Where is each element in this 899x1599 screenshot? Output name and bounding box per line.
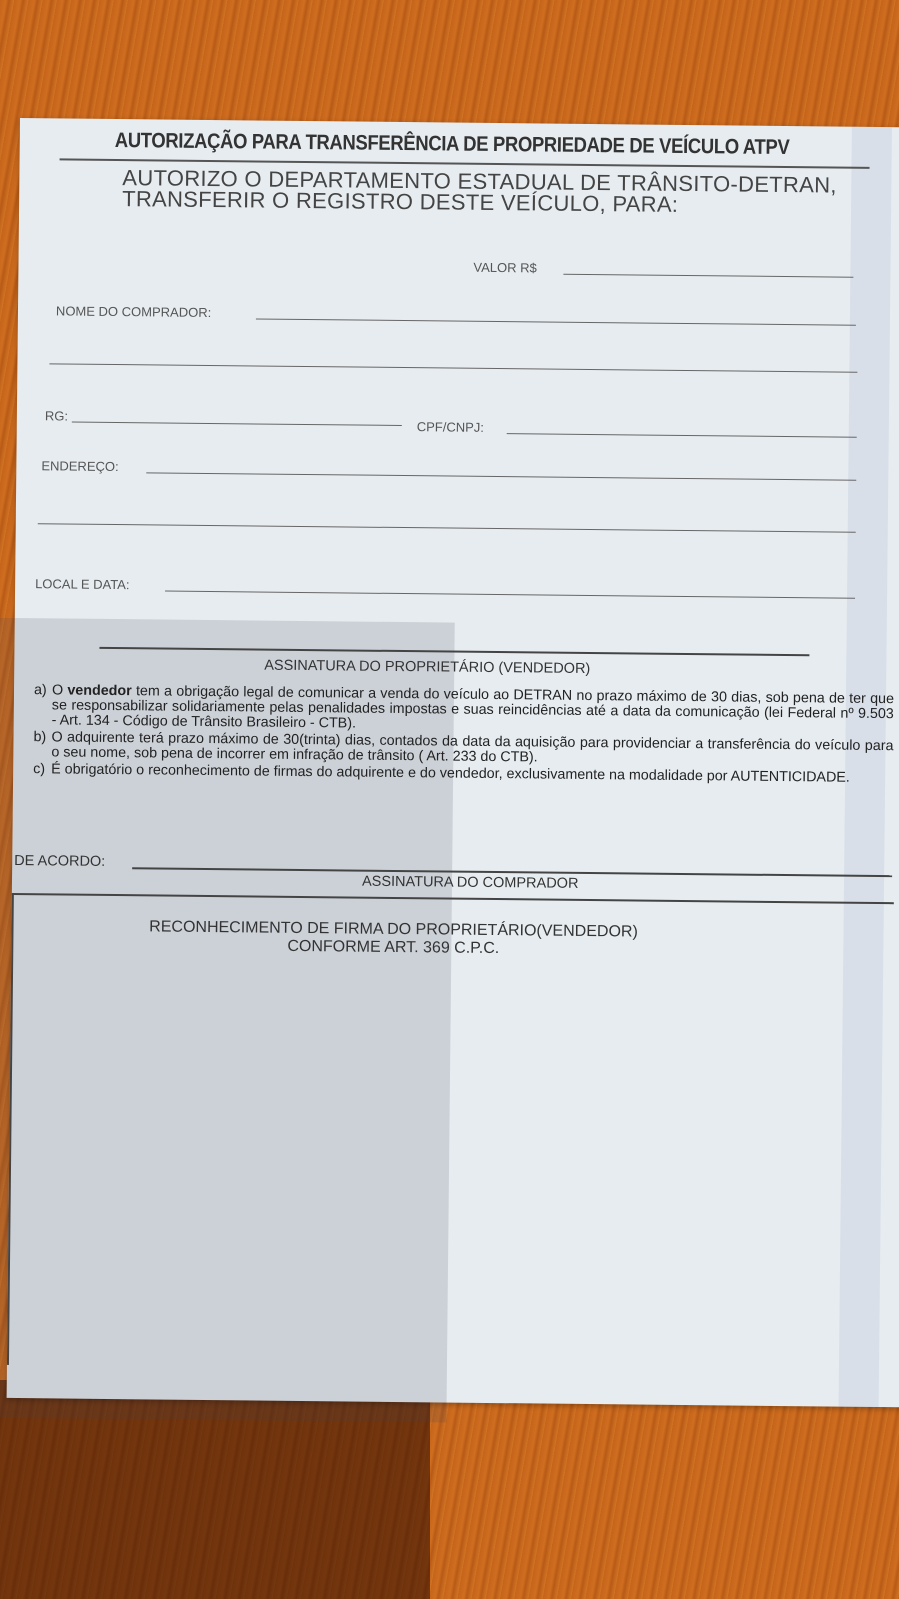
valor-label: VALOR R$	[473, 260, 536, 276]
notary-box: RECONHECIMENTO DE FIRMA DO PROPRIETÁRIO(…	[7, 893, 894, 1374]
endereco-field[interactable]	[146, 472, 856, 480]
seller-signature-label: ASSINATURA DO PROPRIETÁRIO (VENDEDOR)	[264, 658, 590, 677]
buyer-signature-label: ASSINATURA DO COMPRADOR	[362, 874, 579, 892]
legal-notes: a) O vendedor tem a obrigação legal de c…	[33, 683, 894, 788]
cpf-cnpj-label: CPF/CNPJ:	[417, 419, 484, 435]
local-data-label: LOCAL E DATA:	[35, 576, 130, 592]
endereco-field-line-2[interactable]	[38, 523, 856, 533]
note-prefix: O	[52, 682, 68, 698]
note-marker: b)	[33, 730, 46, 745]
rg-label: RG:	[45, 408, 68, 423]
valor-field[interactable]	[563, 274, 853, 278]
nome-comprador-field-line-2[interactable]	[49, 363, 857, 372]
agreement-label: DE ACORDO:	[14, 853, 105, 870]
cpf-cnpj-field[interactable]	[507, 433, 857, 438]
legal-note-a: a) O vendedor tem a obrigação legal de c…	[34, 683, 894, 737]
nome-comprador-field[interactable]	[256, 318, 856, 325]
note-text: tem a obrigação legal de comunicar a ven…	[52, 683, 894, 731]
atpv-form: AUTORIZAÇÃO PARA TRANSFERÊNCIA DE PROPRI…	[7, 118, 899, 1407]
local-data-field[interactable]	[165, 591, 855, 599]
rg-field[interactable]	[72, 422, 402, 426]
note-marker: c)	[33, 762, 45, 777]
form-title: AUTORIZAÇÃO PARA TRANSFERÊNCIA DE PROPRI…	[115, 129, 790, 160]
endereco-label: ENDEREÇO:	[41, 458, 118, 474]
note-marker: a)	[34, 683, 47, 698]
authorization-text: AUTORIZO O DEPARTAMENTO ESTADUAL DE TRÂN…	[122, 167, 837, 216]
nome-comprador-label: NOME DO COMPRADOR:	[56, 303, 211, 320]
